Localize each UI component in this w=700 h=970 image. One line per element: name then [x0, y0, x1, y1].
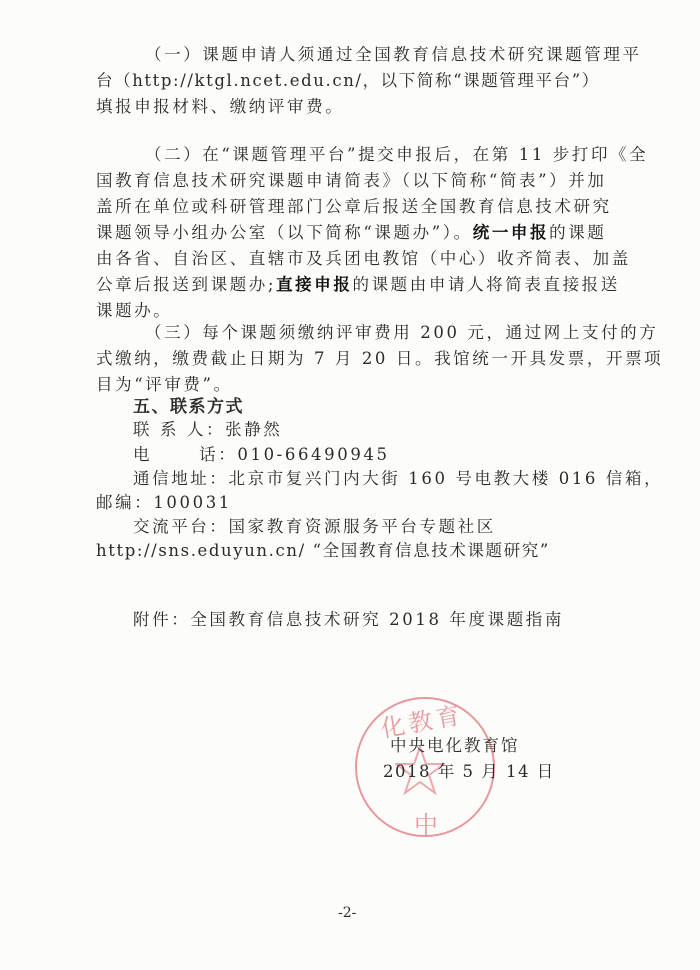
item2-line-3: 盖所在单位或科研管理部门公章后报送全国教育信息技术研究 [96, 196, 612, 218]
attachment-value: 全国教育信息技术研究 2018 年度课题指南 [190, 610, 564, 629]
item3-line-2: 式缴纳，缴费截止日期为 7 月 20 日。我馆统一开具发票，开票项 [96, 348, 663, 370]
item1-line-2: 台（http://ktgl.ncet.edu.cn/，以下简称“课题管理平台”） [96, 70, 600, 92]
signature-organization: 中央电化教育馆 [390, 735, 520, 757]
contact-platform-label: 交流平台： [133, 517, 229, 536]
contact-person-value: 张静然 [225, 420, 282, 439]
contact-platform: 交流平台：国家教育资源服务平台专题社区 [133, 516, 496, 538]
contact-postcode: 邮编：100031 [96, 492, 232, 514]
item3-line-1: （三）每个课题须缴纳评审费用 200 元，通过网上支付的方 [145, 322, 658, 344]
contact-phone-value: 010-66490945 [237, 445, 389, 464]
item2-line-7: 课题办。 [96, 300, 172, 322]
seal-bottom-text: 中 [414, 805, 438, 840]
item2-line-4-tail: 的课题 [549, 223, 606, 242]
item2-line-2: 国教育信息技术研究课题申请简表》（以下简称“简表”）并加 [96, 170, 606, 192]
item2-line-5: 由各省、自治区、直辖市及兵团电教馆（中心）收齐简表、加盖 [96, 248, 631, 270]
contact-phone: 电 话：010-66490945 [133, 444, 390, 466]
item3-line-3: 目为“评审费”。 [96, 374, 233, 396]
contact-address-label: 通信地址： [133, 469, 229, 488]
item2-line-1: （二）在“课题管理平台”提交申报后，在第 11 步打印《全 [145, 144, 648, 166]
contact-phone-label: 电 话： [133, 445, 237, 464]
item2-line-6-text: 公章后报送到课题办; [96, 275, 276, 294]
document-page: （一）课题申请人须通过全国教育信息技术研究课题管理平 台（http://ktgl… [0, 0, 700, 970]
contact-platform-value: 国家教育资源服务平台专题社区 [229, 517, 496, 536]
contact-heading: 五、联系方式 [133, 396, 244, 418]
contact-address-value: 北京市复兴门内大街 160 号电教大楼 016 信箱， [229, 469, 664, 488]
item2-line-4-text: 课题领导小组办公室（以下简称“课题办”）。 [96, 223, 473, 242]
item2-line-4: 课题领导小组办公室（以下简称“课题办”）。统一申报的课题 [96, 222, 606, 244]
item1-line-3: 填报申报材料、缴纳评审费。 [96, 96, 344, 118]
signature-date: 2018 年 5 月 14 日 [383, 761, 555, 783]
attachment-line: 附件：全国教育信息技术研究 2018 年度课题指南 [133, 609, 564, 631]
contact-platform-url: http://sns.eduyun.cn/ “全国教育信息技术课题研究” [96, 540, 550, 562]
contact-address: 通信地址：北京市复兴门内大街 160 号电教大楼 016 信箱， [133, 468, 663, 490]
page-number: -2- [338, 905, 356, 921]
item2-line-6: 公章后报送到课题办;直接申报的课题由申请人将简表直接报送 [96, 274, 620, 296]
unified-application-bold: 统一申报 [473, 223, 549, 242]
item2-line-6-tail: 的课题由申请人将简表直接报送 [352, 275, 619, 294]
direct-application-bold: 直接申报 [276, 275, 352, 294]
attachment-label: 附件： [133, 610, 190, 629]
contact-person-label: 联 系 人： [133, 420, 225, 439]
item1-line-1: （一）课题申请人须通过全国教育信息技术研究课题管理平 [145, 44, 642, 66]
contact-person: 联 系 人：张静然 [133, 419, 282, 441]
